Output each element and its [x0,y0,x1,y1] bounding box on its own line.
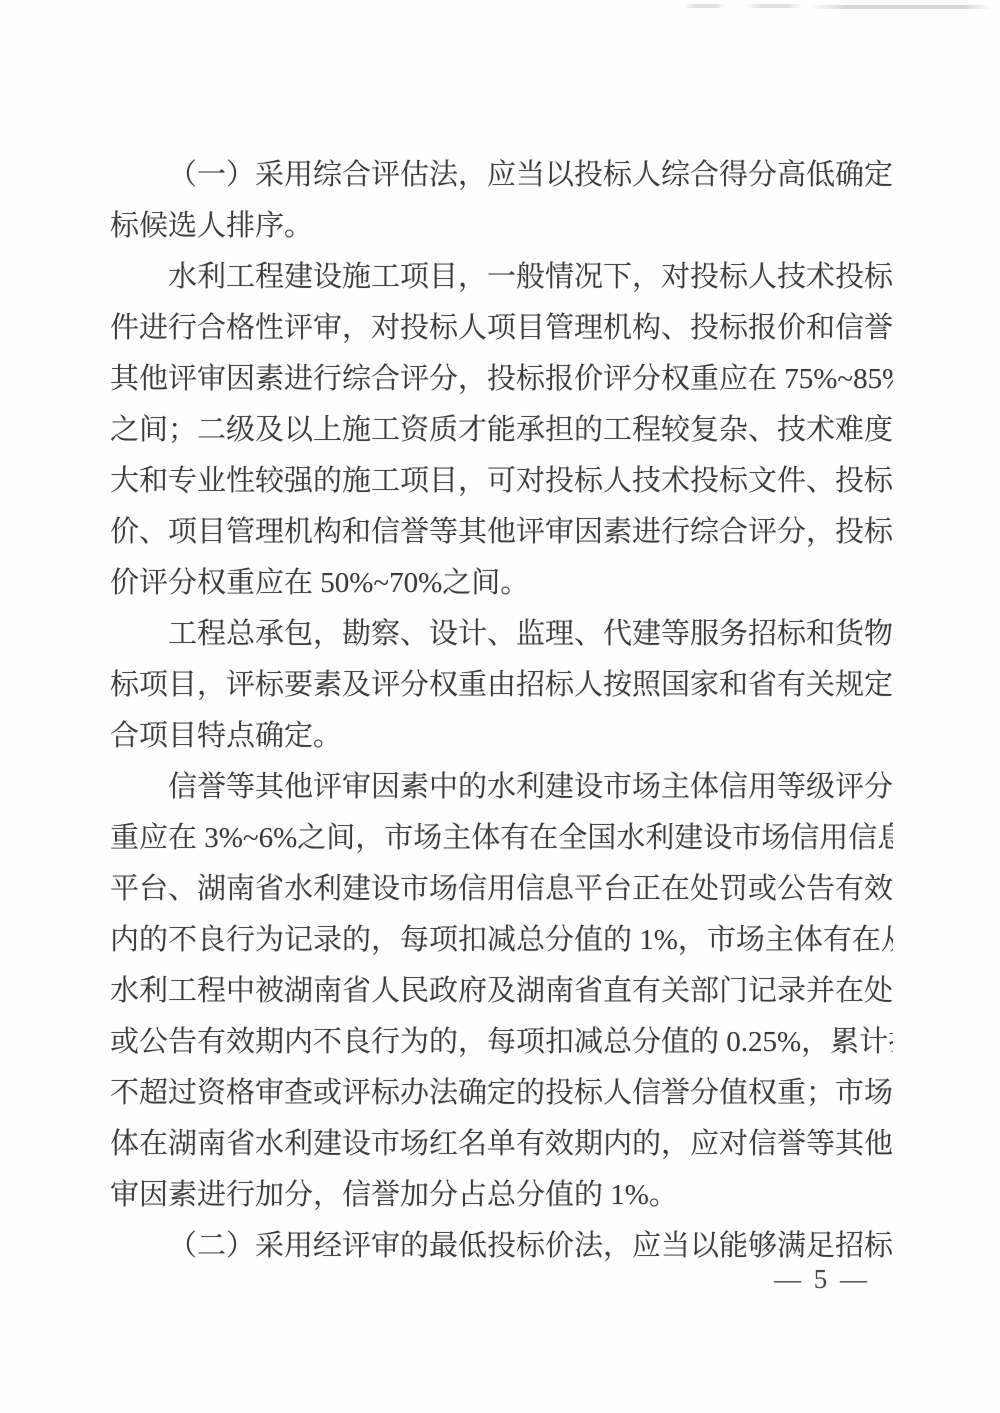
text-line: 工程总承包，勘察、设计、监理、代建等服务招标和货物招 [110,609,893,660]
text-line: 价、项目管理机构和信誉等其他评审因素进行综合评分，投标报 [110,507,893,558]
text-line: 水利工程中被湖南省人民政府及湖南省直有关部门记录并在处罚 [110,966,893,1017]
text-line: 价评分权重应在 50%~70%之间。 [110,558,893,609]
text-line: 重应在 3%~6%之间，市场主体有在全国水利建设市场信用信息 [110,813,893,864]
text-line: 其他评审因素进行综合评分，投标报价评分权重应在 75%~85% [110,354,893,405]
text-line: 信誉等其他评审因素中的水利建设市场主体信用等级评分权 [110,762,893,813]
scan-artifact [746,4,802,8]
text-line: 件进行合格性评审，对投标人项目管理机构、投标报价和信誉等 [110,303,893,354]
text-line: 大和专业性较强的施工项目，可对投标人技术投标文件、投标报 [110,456,893,507]
text-line: 平台、湖南省水利建设市场信用信息平台正在处罚或公告有效期 [110,864,893,915]
text-line: 水利工程建设施工项目，一般情况下，对投标人技术投标文 [110,252,893,303]
text-line: 合项目特点确定。 [110,711,893,762]
text-line: 审因素进行加分，信誉加分占总分值的 1%。 [110,1170,893,1221]
text-line: （一）采用综合评估法，应当以投标人综合得分高低确定中 [110,150,893,201]
text-line: 不超过资格审查或评标办法确定的投标人信誉分值权重；市场主 [110,1068,893,1119]
scan-artifact [684,4,726,8]
text-line: 标项目，评标要素及评分权重由招标人按照国家和省有关规定结 [110,660,893,711]
text-line: 之间；二级及以上施工资质才能承担的工程较复杂、技术难度较 [110,405,893,456]
text-line: 标候选人排序。 [110,201,893,252]
document-body: （一）采用综合评估法，应当以投标人综合得分高低确定中 标候选人排序。 水利工程建… [110,150,893,1272]
page-number: — 5 — [774,1262,870,1296]
scan-artifact [810,5,992,9]
text-line: 体在湖南省水利建设市场红名单有效期内的，应对信誉等其他评 [110,1119,893,1170]
document-page: （一）采用综合评估法，应当以投标人综合得分高低确定中 标候选人排序。 水利工程建… [0,0,1000,1413]
text-line: 内的不良行为记录的，每项扣减总分值的 1%，市场主体有在从事 [110,915,893,966]
text-line: 或公告有效期内不良行为的，每项扣减总分值的 0.25%，累计扣分 [110,1017,893,1068]
